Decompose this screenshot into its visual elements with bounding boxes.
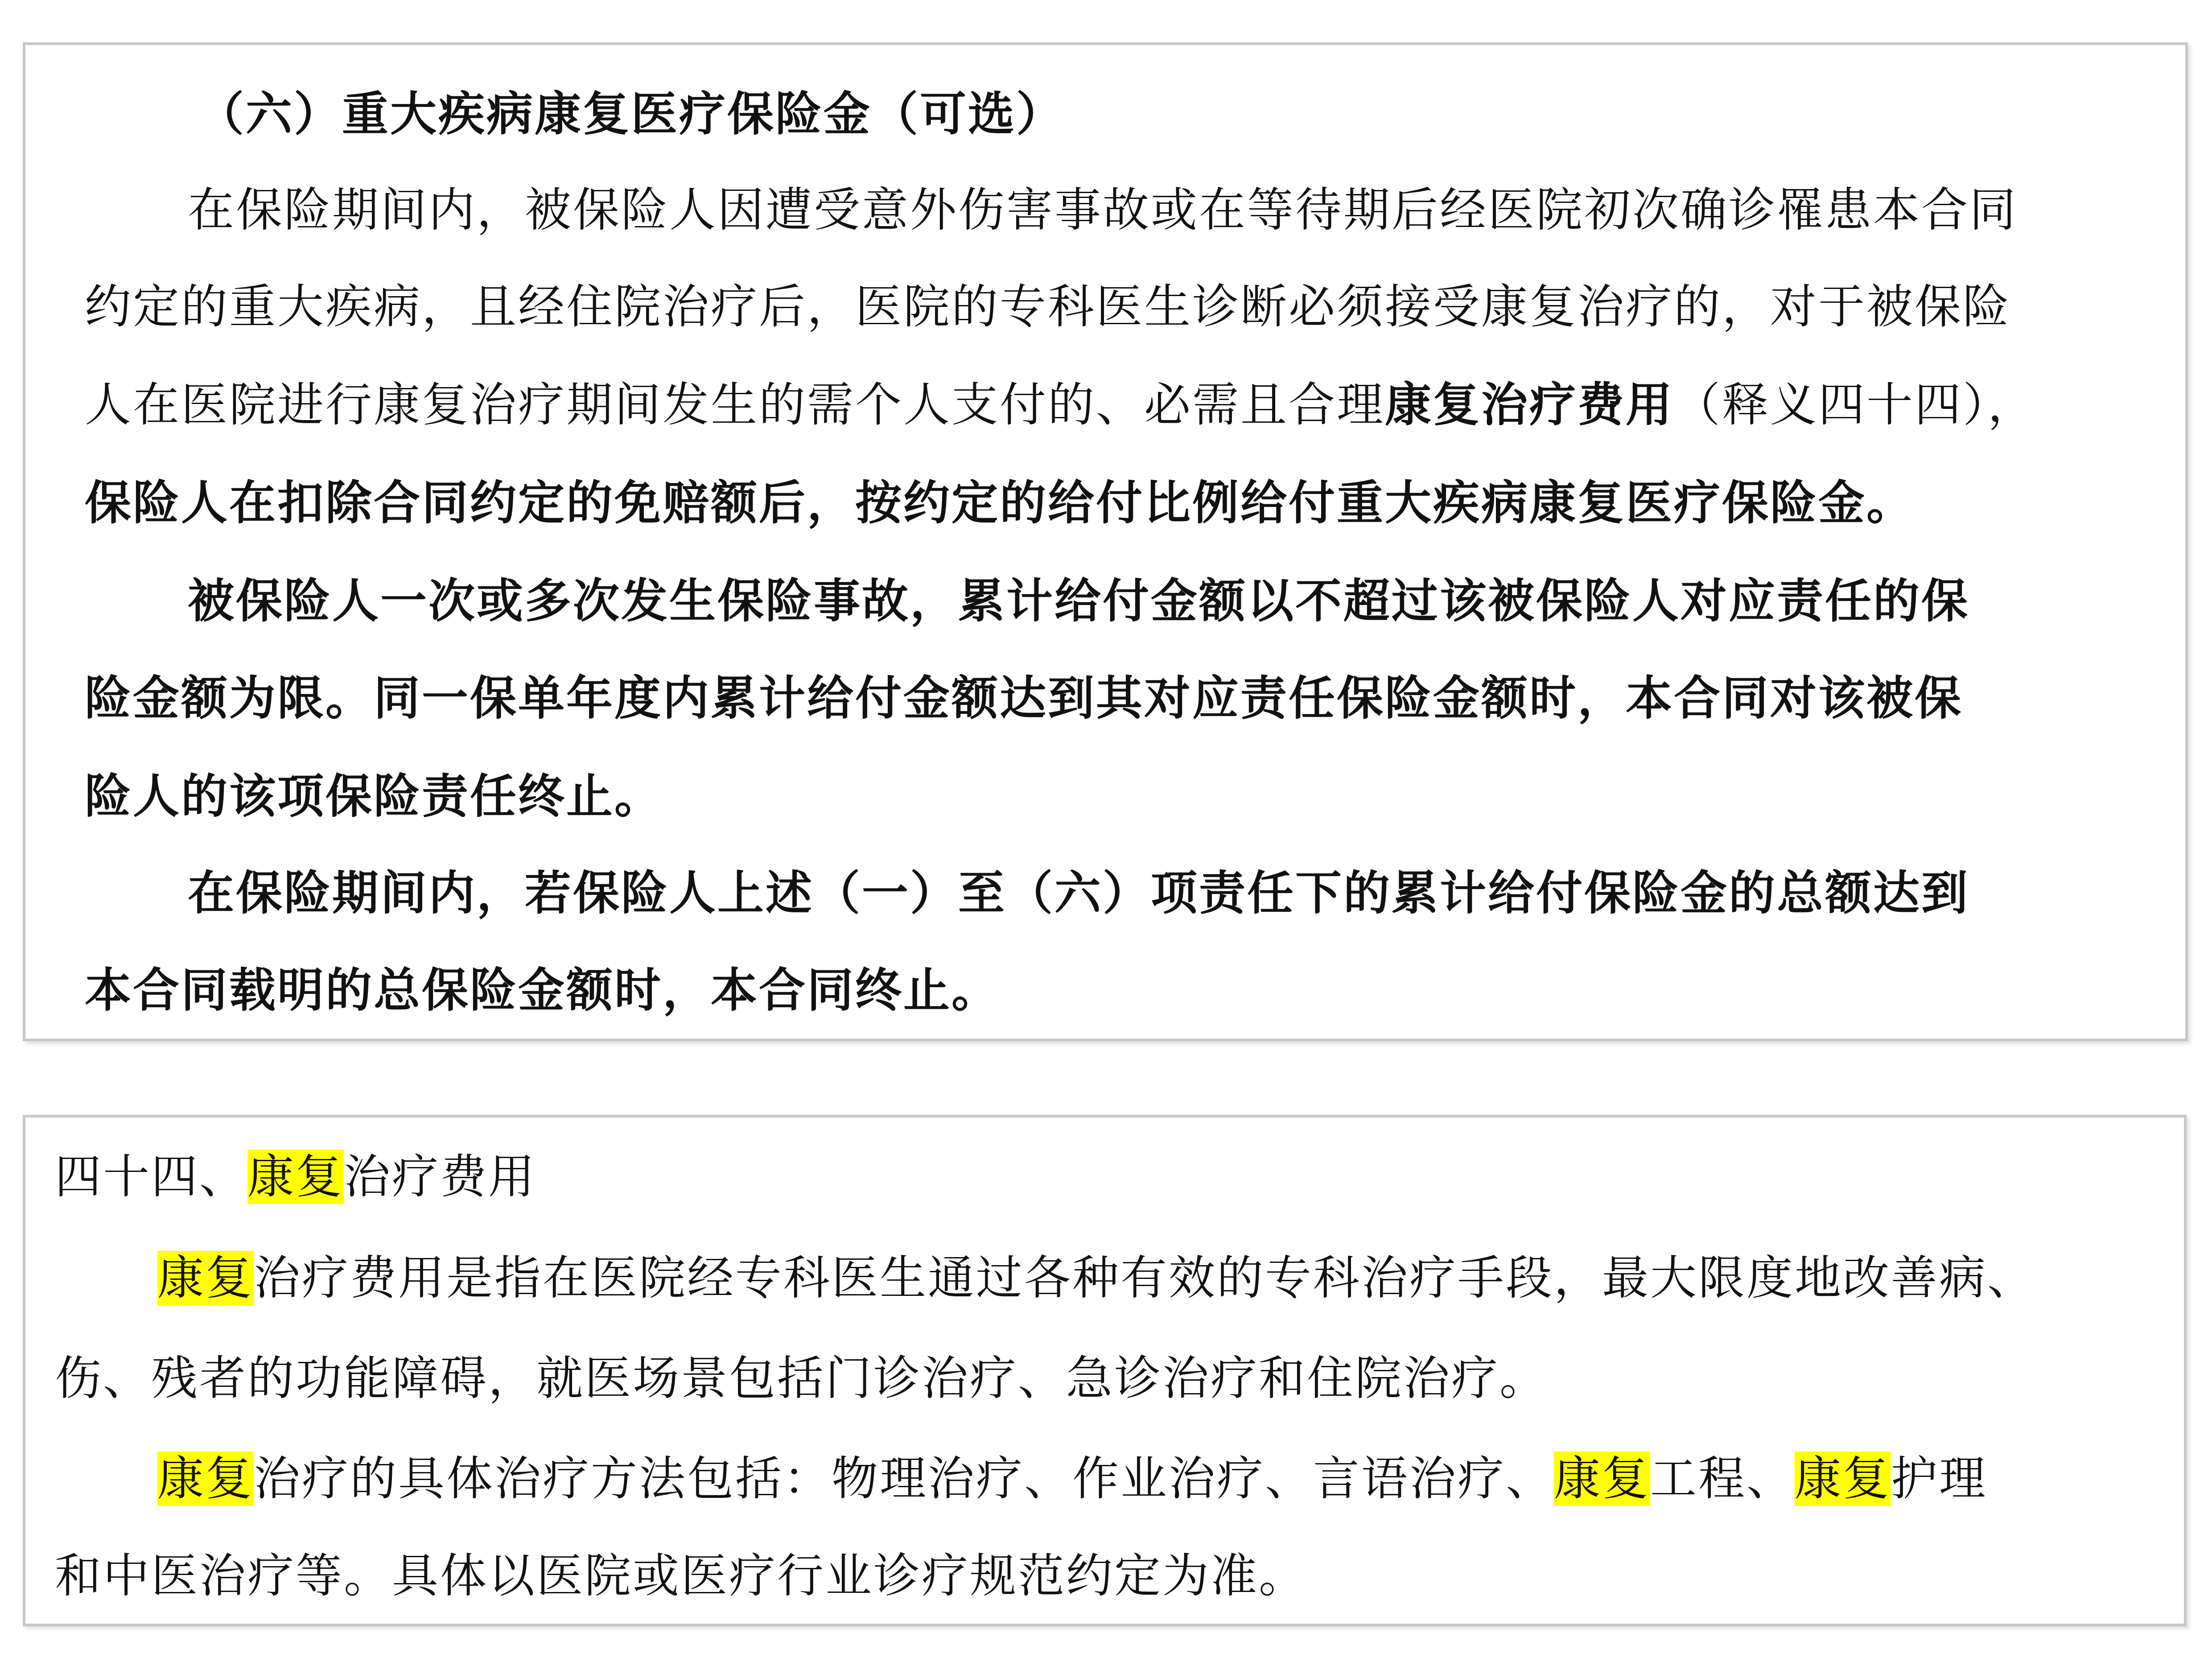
paragraph-text: 治疗费用是指在医院经专科医生通过各种有效的专科治疗手段，最大限度地改善病、 (254, 1251, 2035, 1305)
paragraph-line: 康复治疗的具体治疗方法包括：物理治疗、作业治疗、言语治疗、康复工程、康复护理 (157, 1448, 1987, 1510)
paragraph-line: 和中医治疗等。具体以医院或医疗行业诊疗规范约定为准。 (55, 1545, 1307, 1607)
paragraph-line: 伤、残者的功能障碍，就医场景包括门诊治疗、急诊治疗和住院治疗。 (55, 1347, 1548, 1410)
paragraph-line: 约定的重大疾病，且经住院治疗后，医院的专科医生诊断必须接受康复治疗的，对于被保险 (85, 276, 2011, 338)
search-highlight: 康复 (1554, 1452, 1650, 1506)
paragraph-line: 在保险期间内，被保险人因遭受意外伤害事故或在等待期后经医院初次确诊罹患本合同 (188, 179, 2018, 241)
definition-reference: （释义四十四）， (1674, 378, 2036, 432)
search-highlight: 康复 (157, 1452, 254, 1506)
paragraph-line: 保险人在扣除合同约定的免赔额后，按约定的给付比例给付重大疾病康复医疗保险金。 (85, 472, 1915, 534)
clause-title: （六）重大疾病康复医疗保险金（可选） (198, 83, 1064, 145)
search-highlight: 康复 (1795, 1452, 1891, 1506)
definition-card: 四十四、康复治疗费用 康复治疗费用是指在医院经专科医生通过各种有效的专科治疗手段… (23, 1115, 2187, 1626)
paragraph-line: 在保险期间内，若保险人上述（一）至（六）项责任下的累计给付保险金的总额达到 (188, 862, 1969, 924)
paragraph-line: 被保险人一次或多次发生保险事故，累计给付金额以不超过该被保险人对应责任的保 (188, 570, 1969, 632)
paragraph-text: 工程、 (1650, 1452, 1795, 1506)
heading-text: 治疗费用 (344, 1150, 536, 1204)
paragraph-line: 险人的该项保险责任终止。 (85, 765, 663, 828)
paragraph-line: 本合同载明的总保险金额时，本合同终止。 (85, 959, 1000, 1022)
paragraph-line: 人在医院进行康复治疗期间发生的需个人支付的、必需且合理康复治疗费用（释义四十四）… (85, 374, 2036, 436)
heading-number: 四十四、 (55, 1150, 247, 1204)
paragraph-line: 险金额为限。同一保单年度内累计给付金额达到其对应责任保险金额时，本合同对该被保 (85, 667, 1963, 730)
paragraph-line: 康复治疗费用是指在医院经专科医生通过各种有效的专科治疗手段，最大限度地改善病、 (157, 1247, 2035, 1309)
definition-heading: 四十四、康复治疗费用 (55, 1146, 536, 1208)
clause-card: （六）重大疾病康复医疗保险金（可选） 在保险期间内，被保险人因遭受意外伤害事故或… (23, 42, 2188, 1041)
defined-term-link[interactable]: 康复治疗费用 (1385, 378, 1674, 432)
search-highlight: 康复 (157, 1251, 254, 1305)
search-highlight: 康复 (247, 1150, 344, 1204)
paragraph-text: 治疗的具体治疗方法包括：物理治疗、作业治疗、言语治疗、 (254, 1452, 1554, 1506)
paragraph-text: 护理 (1891, 1452, 1987, 1506)
paragraph-text: 人在医院进行康复治疗期间发生的需个人支付的、必需且合理 (85, 378, 1385, 432)
